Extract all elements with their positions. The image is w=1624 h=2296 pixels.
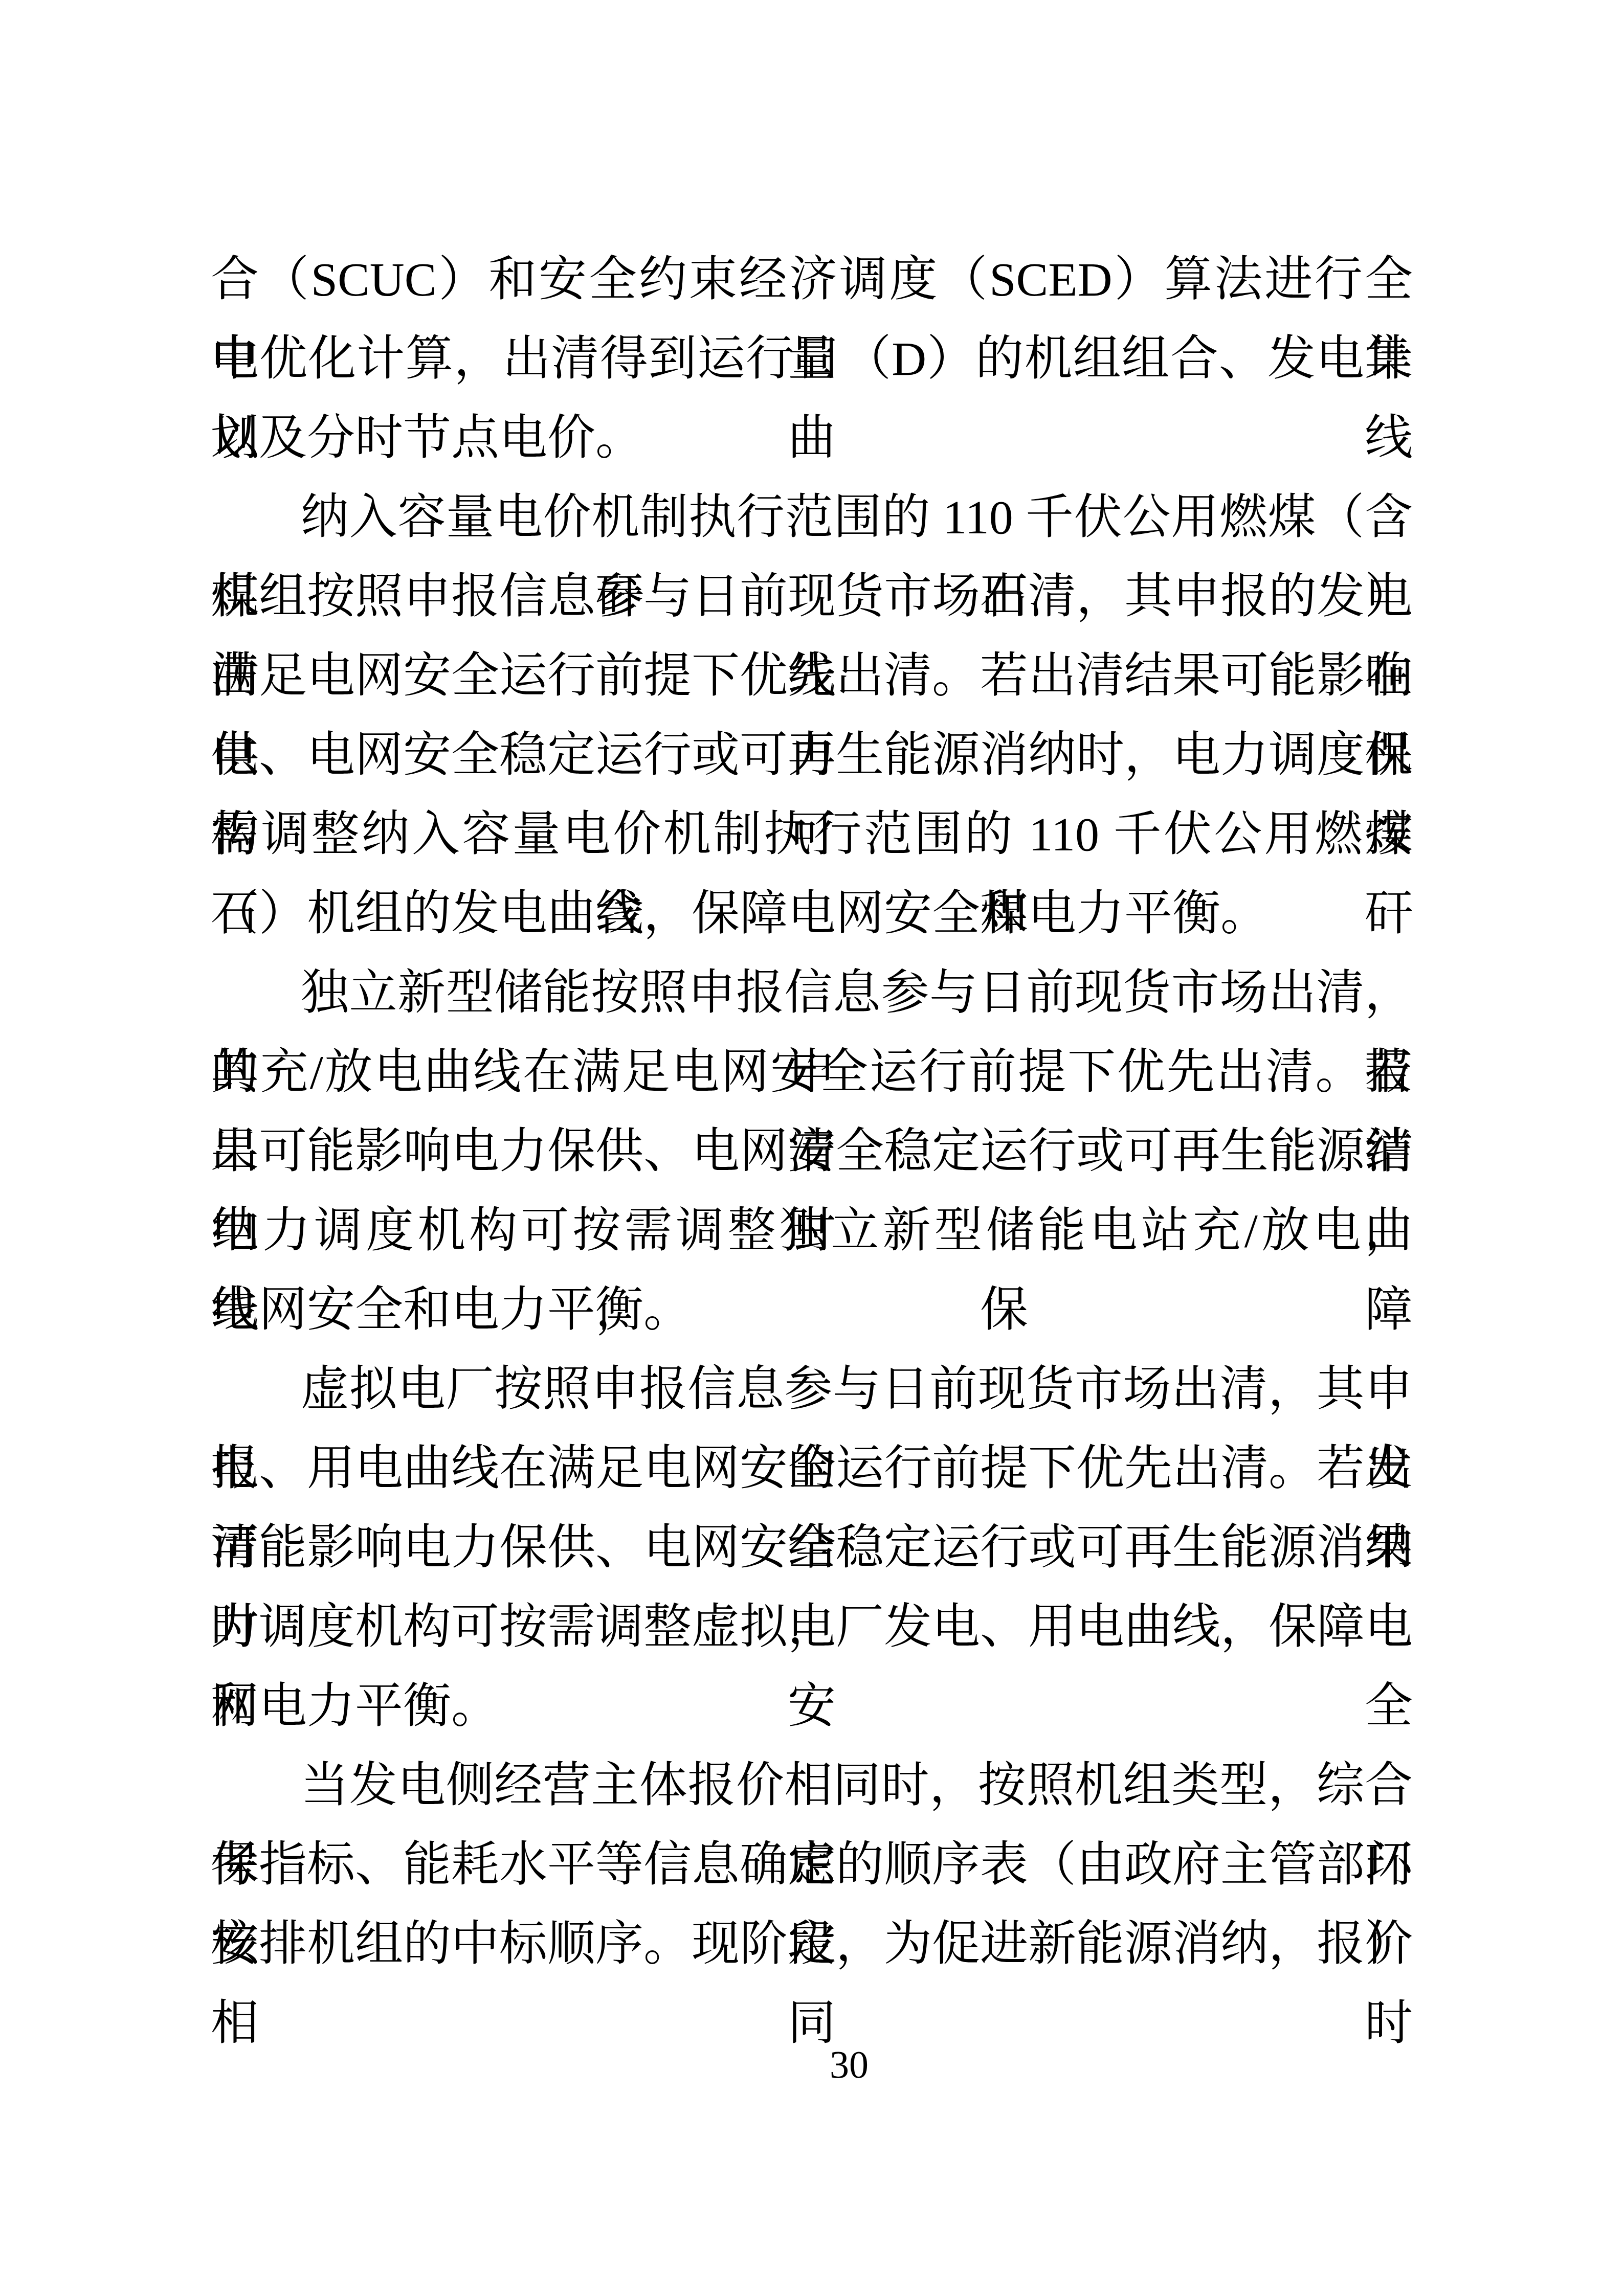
text-line: 力调度机构可按需调整虚拟电厂发电、用电曲线，保障电网安全 (211, 1588, 1413, 1667)
text-line: 中优化计算，出清得到运行日（D）的机组组合、发电计划曲线 (211, 320, 1413, 399)
text-line: 保指标、能耗水平等信息确定的顺序表（由政府主管部门核定） (211, 1826, 1413, 1905)
document-page: 合（SCUC）和安全约束经济调度（SCED）算法进行全电量集 中优化计算，出清得… (0, 0, 1624, 2296)
text-line: 机组按照申报信息参与日前现货市场出清，其申报的发电曲线在 (211, 557, 1413, 637)
text-line: 电、用电曲线在满足电网安全运行前提下优先出清。若出清结果 (211, 1429, 1413, 1509)
text-line: 供、电网安全稳定运行或可再生能源消纳时，电力调度机构可按 (211, 716, 1413, 795)
text-line: 石）机组的发电曲线，保障电网安全和电力平衡。 (211, 874, 1413, 954)
text-line: 安排机组的中标顺序。现阶段，为促进新能源消纳，报价相同时 (211, 1905, 1413, 1984)
text-line: 的充/放电曲线在满足电网安全运行前提下优先出清。若出清结 (211, 1033, 1413, 1112)
text-line: 电力调度机构可按需调整独立新型储能电站充/放电曲线，保障 (211, 1191, 1413, 1271)
text-line: 纳入容量电价机制执行范围的 110 千伏公用燃煤（含煤矸石） (211, 478, 1413, 557)
text-line: 独立新型储能按照申报信息参与日前现货市场出清，其申报 (211, 954, 1413, 1033)
text-line: 果可能影响电力保供、电网安全稳定运行或可再生能源消纳时， (211, 1112, 1413, 1191)
text-line: 需调整纳入容量电价机制执行范围的 110 千伏公用燃煤（含煤矸 (211, 795, 1413, 874)
text-line: 合（SCUC）和安全约束经济调度（SCED）算法进行全电量集 (211, 240, 1413, 320)
text-line: 满足电网安全运行前提下优先出清。若出清结果可能影响电力保 (211, 637, 1413, 716)
text-line: 可能影响电力保供、电网安全稳定运行或可再生能源消纳时，电 (211, 1509, 1413, 1588)
page-number: 30 (772, 2044, 926, 2085)
text-line: 当发电侧经营主体报价相同时，按照机组类型，综合考虑环 (211, 1746, 1413, 1826)
document-body: 合（SCUC）和安全约束经济调度（SCED）算法进行全电量集 中优化计算，出清得… (211, 240, 1413, 1984)
text-line: 虚拟电厂按照申报信息参与日前现货市场出清，其申报的发 (211, 1350, 1413, 1429)
